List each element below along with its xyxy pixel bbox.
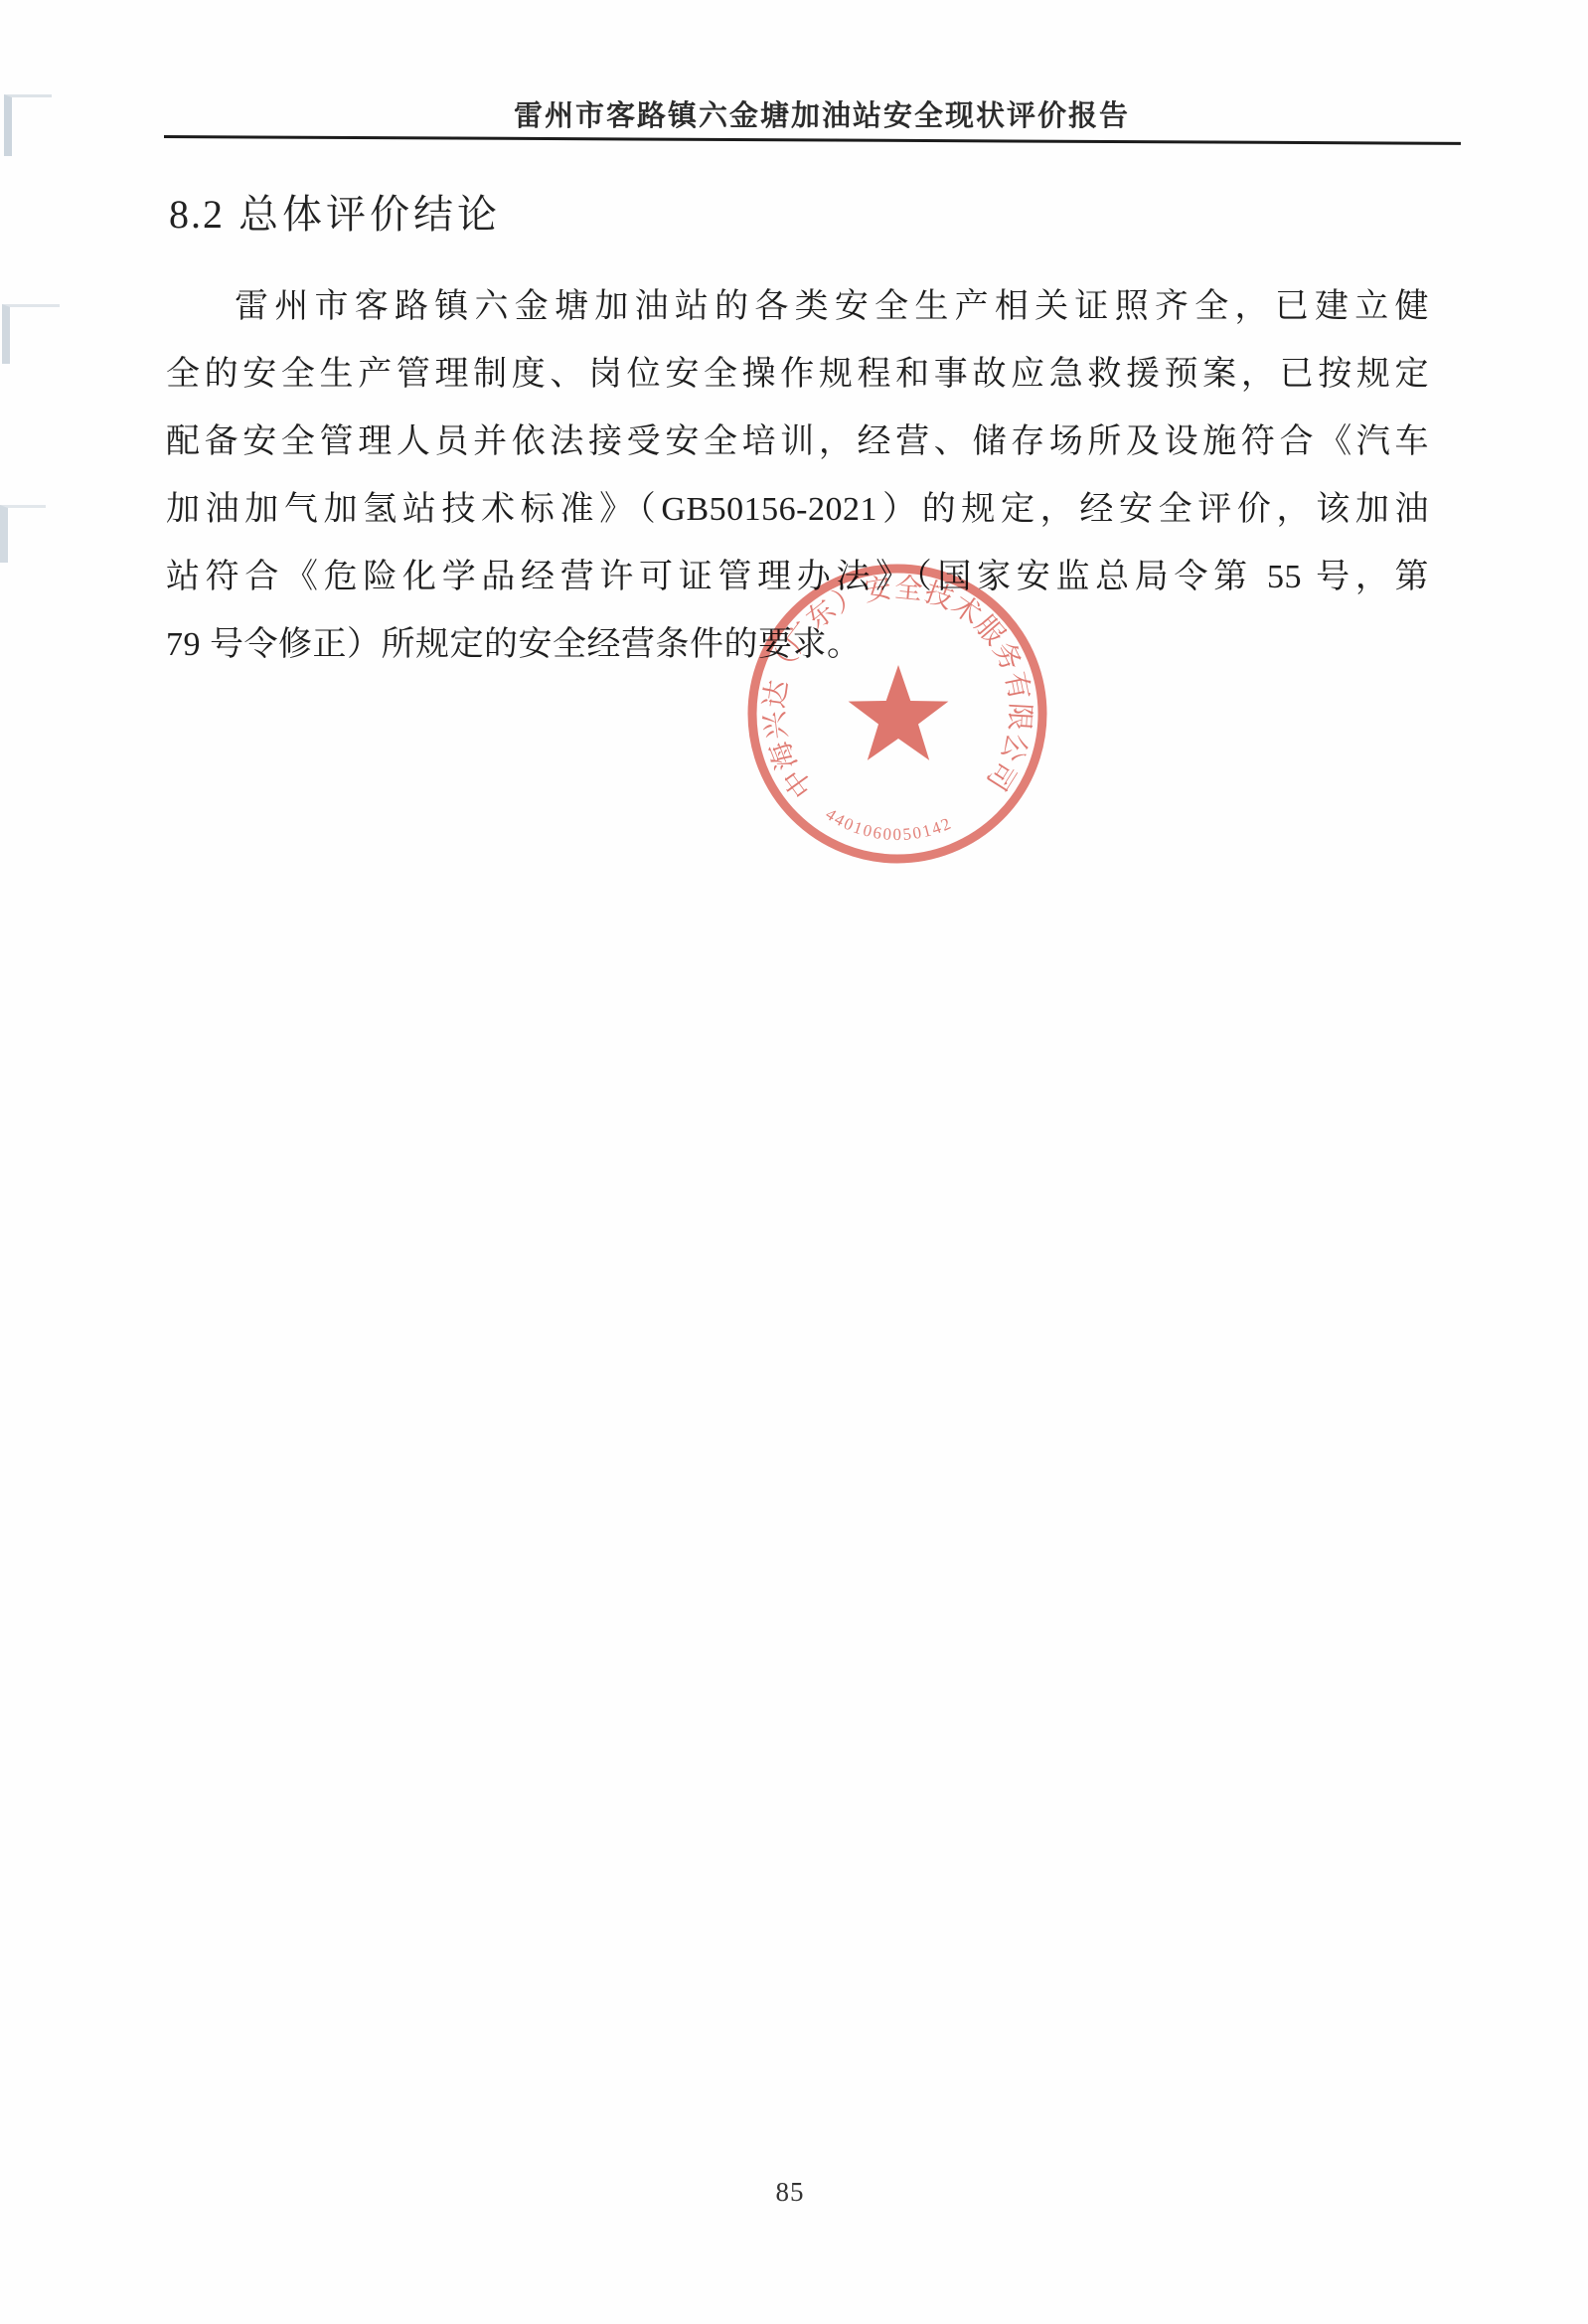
paragraph-line: 全的安全生产管理制度、岗位安全操作规程和事故应急救援预案，已按规定 bbox=[166, 353, 1429, 420]
scan-artifact-bottom bbox=[0, 505, 46, 563]
page-number: 85 bbox=[0, 2177, 1580, 2208]
seal-code-text: 4401060050142 bbox=[822, 804, 955, 844]
seal-star-icon bbox=[849, 665, 949, 760]
scan-artifact-top bbox=[4, 94, 52, 156]
company-seal: 中海兴达（广东）安全技术服务有限公司 4401060050142 bbox=[728, 545, 1066, 883]
seal-group: 中海兴达（广东）安全技术服务有限公司 4401060050142 bbox=[752, 569, 1042, 859]
section-heading: 8.2总体评价结论 bbox=[169, 183, 501, 240]
report-page: 雷州市客路镇六金塘加油站安全现状评价报告 8.2总体评价结论 雷州市客路镇六金塘… bbox=[0, 0, 1588, 2324]
paragraph-line: 雷州市客路镇六金塘加油站的各类安全生产相关证照齐全，已建立健 bbox=[166, 285, 1429, 353]
section-title: 总体评价结论 bbox=[238, 192, 501, 237]
running-header-title: 雷州市客路镇六金塘加油站安全现状评价报告 bbox=[56, 93, 1588, 134]
section-number: 8.2 bbox=[169, 192, 225, 237]
scan-artifact-middle bbox=[2, 304, 60, 364]
paragraph-line: 配备安全管理人员并依法接受安全培训，经营、储存场所及设施符合《汽车 bbox=[166, 420, 1429, 488]
header-rule bbox=[164, 135, 1461, 145]
